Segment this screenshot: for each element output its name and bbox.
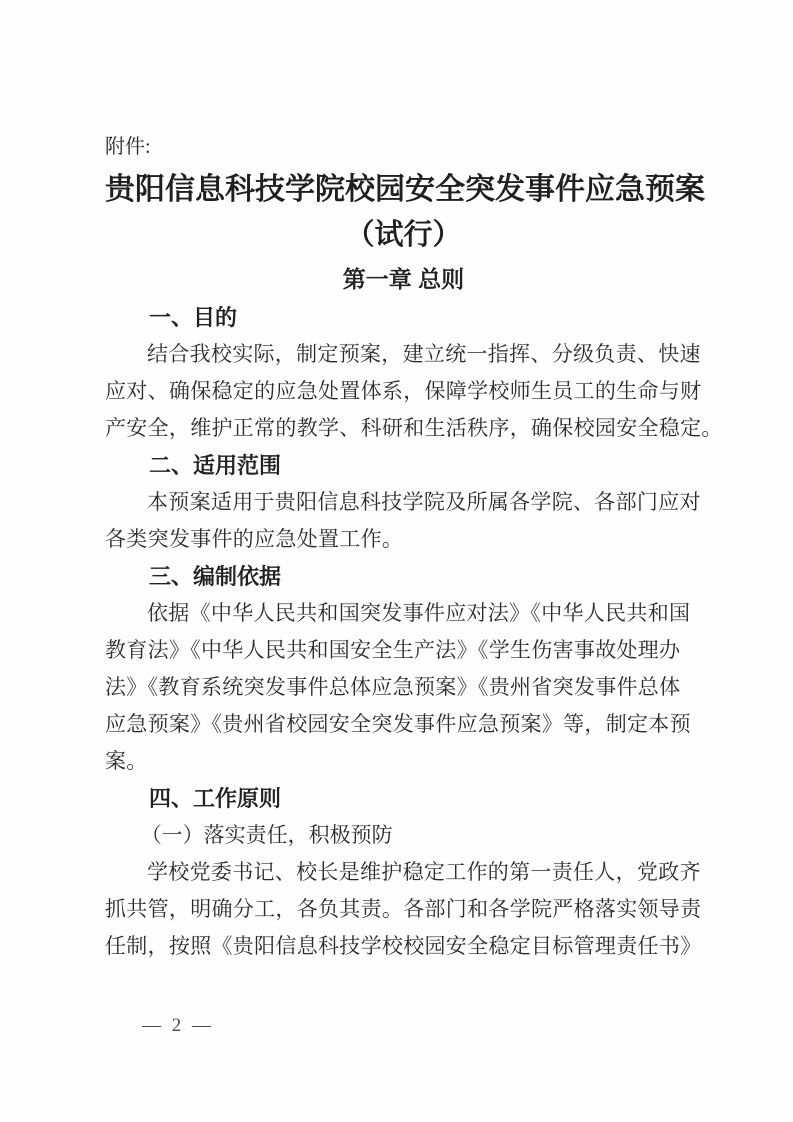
- section-heading: 三、编制依据: [105, 558, 702, 595]
- section-heading: 一、目的: [105, 299, 702, 336]
- document-page: 附件: 贵阳信息科技学院校园安全突发事件应急预案 （试行） 第一章 总则 一、目…: [0, 0, 793, 1122]
- section-basis: 三、编制依据 依据《中华人民共和国突发事件应对法》《中华人民共和国 教育法》《中…: [105, 558, 702, 780]
- paragraph-line: 依据《中华人民共和国突发事件应对法》《中华人民共和国: [105, 595, 702, 632]
- section-principles: 四、工作原则 （一）落实责任，积极预防 学校党委书记、校长是维护稳定工作的第一责…: [105, 780, 702, 965]
- section-heading: 二、适用范围: [105, 447, 702, 484]
- section-heading: 四、工作原则: [105, 780, 702, 817]
- document-content: 附件: 贵阳信息科技学院校园安全突发事件应急预案 （试行） 第一章 总则 一、目…: [105, 133, 702, 965]
- section-purpose: 一、目的 结合我校实际，制定预案，建立统一指挥、分级负责、快速 应对、确保稳定的…: [105, 299, 702, 447]
- document-subtitle: （试行）: [105, 211, 702, 259]
- paragraph-line: 结合我校实际，制定预案，建立统一指挥、分级负责、快速: [105, 336, 702, 373]
- section-scope: 二、适用范围 本预案适用于贵阳信息科技学院及所属各学院、各部门应对 各类突发事件…: [105, 447, 702, 558]
- paragraph-line: 本预案适用于贵阳信息科技学院及所属各学院、各部门应对: [105, 484, 702, 521]
- attachment-label: 附件:: [105, 133, 702, 161]
- paragraph-line: 各类突发事件的应急处置工作。: [105, 521, 702, 558]
- paragraph-line: 应急预案》《贵州省校园安全突发事件应急预案》等，制定本预: [105, 706, 702, 743]
- paragraph-line: 案。: [105, 743, 702, 780]
- chapter-heading: 第一章 总则: [105, 259, 702, 299]
- paragraph-line: 应对、确保稳定的应急处置体系，保障学校师生员工的生命与财: [105, 373, 702, 410]
- paragraph-line: 教育法》《中华人民共和国安全生产法》《学生伤害事故处理办: [105, 632, 702, 669]
- page-number: — 2 —: [142, 1012, 214, 1040]
- paragraph-line: 学校党委书记、校长是维护稳定工作的第一责任人，党政齐: [105, 854, 702, 891]
- document-title: 贵阳信息科技学院校园安全突发事件应急预案: [105, 169, 702, 211]
- paragraph-line: 任制，按照《贵阳信息科技学校校园安全稳定目标管理责任书》: [105, 928, 702, 965]
- paragraph-line: 法》《教育系统突发事件总体应急预案》《贵州省突发事件总体: [105, 669, 702, 706]
- paragraph-line: 抓共管，明确分工，各负其责。各部门和各学院严格落实领导责: [105, 891, 702, 928]
- subsection-heading: （一）落实责任，积极预防: [105, 817, 702, 854]
- paragraph-line: 产安全，维护正常的教学、科研和生活秩序，确保校园安全稳定。: [105, 410, 702, 447]
